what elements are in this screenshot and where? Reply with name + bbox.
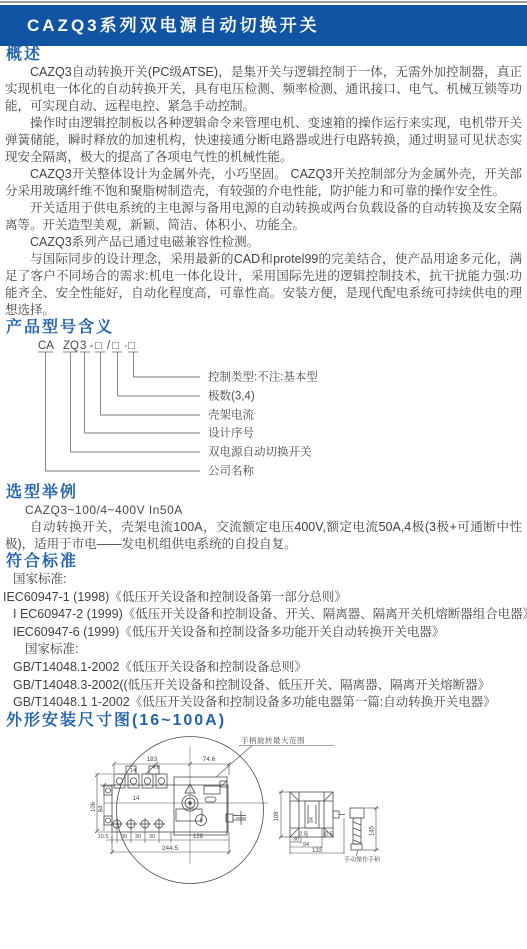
dim-84: 84 bbox=[99, 805, 105, 812]
dimension-drawing: 183 74.6 14 4.6 106 84 14 10.5 30 30 30 … bbox=[0, 730, 527, 906]
indicator-window bbox=[204, 786, 220, 794]
code-box1: □ bbox=[95, 340, 102, 352]
dimension-labels: 183 74.6 14 4.6 106 84 14 10.5 30 30 30 … bbox=[91, 735, 380, 864]
section-selection-title: 选型举例 bbox=[0, 484, 527, 502]
dim-94: 94 bbox=[303, 842, 309, 848]
model-label-frame-current: 壳架电流 bbox=[208, 408, 254, 422]
dim-30c: 30 bbox=[149, 834, 155, 840]
dim-14-mid: 14 bbox=[133, 796, 140, 802]
model-label-design-serial: 设计序号 bbox=[208, 426, 254, 440]
overview-paragraph-5: CAZQ3系列产品已通过电磁兼容性检测。 bbox=[5, 234, 522, 251]
overview-paragraph-6: 与国际同步的设计理念，采用最新的CAD和protel99的完美结合，使产品用途多… bbox=[5, 251, 522, 319]
model-label-poles: 极数(3,4) bbox=[208, 389, 255, 403]
switch-body bbox=[112, 785, 228, 832]
section-dimensions-title: 外形安装尺寸图(16~100A) bbox=[0, 712, 527, 730]
dim-64: 64 bbox=[309, 817, 315, 823]
code-box2: □ bbox=[112, 340, 119, 352]
callout-handle-rotation-range: 手柄旋转最大范围 bbox=[241, 735, 305, 745]
overview-paragraph-2: 操作时由逻辑控制板以各种逻辑命令来管理电机、变速箱的操作运行来实现，电机带开关弹… bbox=[5, 115, 522, 166]
section-standards-title: 符合标准 bbox=[0, 553, 527, 571]
dim-108: 108 bbox=[274, 811, 280, 822]
dim-128: 128 bbox=[193, 834, 204, 840]
mode-symbol-text: Ⅱ bbox=[200, 818, 203, 824]
dim-30b: 30 bbox=[135, 834, 141, 840]
standards-item: 国家标准: bbox=[0, 571, 527, 589]
overview-paragraph-1: CAZQ3自动转换开关(PC级ATSE)，是集开关与逻辑控制于一体，无需外加控制… bbox=[5, 64, 522, 115]
code-design: 3 - bbox=[80, 340, 94, 352]
dim-244-5: 244.5 bbox=[162, 845, 179, 852]
dim-14-top: 14 bbox=[130, 768, 136, 774]
code-slash: / bbox=[107, 340, 111, 352]
standards-list: 国家标准: IEC60947-1 (1998)《低压开关设备和控制设备第一部分总… bbox=[0, 571, 527, 712]
callout-manual-handle: 手动操作手柄 bbox=[344, 855, 380, 863]
overview-paragraph-3: CAZQ3开关整体设计为金属外壳，小巧坚固。 CAZQ3开关控制部分为金属外壳，… bbox=[5, 166, 522, 200]
dim-74-6: 74.6 bbox=[203, 756, 216, 763]
dim-145: 145 bbox=[370, 825, 376, 836]
dim-133: 133 bbox=[312, 848, 323, 854]
standards-item: IEC60947-6 (1999)《低压开关设备和控制设备多功能开关自动转换开关… bbox=[0, 624, 527, 642]
code-type: ZQ bbox=[63, 340, 79, 352]
overview-paragraphs: CAZQ3自动转换开关(PC级ATSE)，是集开关与逻辑控制于一体，无需外加控制… bbox=[5, 64, 522, 319]
model-label-product-name: 双电源自动切换开关 bbox=[208, 445, 312, 459]
model-label-company-name: 公司名称 bbox=[208, 465, 254, 478]
model-code-text: CA ZQ 3 - □ / □ · □ 控制类型:不注:基本型 极数(3,4) … bbox=[38, 340, 318, 478]
selection-model-line: CAZQ3~100/4~400V In50A bbox=[0, 502, 527, 519]
model-code-diagram: CA ZQ 3 - □ / □ · □ 控制类型:不注:基本型 极数(3,4) … bbox=[0, 337, 527, 484]
standards-item: I EC60947-2 (1999)《低压开关设备和控制设备、开关、隔离器、隔离… bbox=[0, 606, 527, 624]
dim-10-5: 10.5 bbox=[98, 834, 109, 840]
standards-item: 国家标准: bbox=[0, 641, 527, 659]
dim-106: 106 bbox=[91, 801, 97, 812]
page-title: CAZQ3系列双电源自动切换开关 bbox=[0, 5, 527, 46]
dim-36: 36 bbox=[293, 836, 299, 842]
section-model-title: 产品型号含义 bbox=[0, 319, 527, 337]
dim-183: 183 bbox=[147, 756, 158, 763]
section-overview-title: 概述 bbox=[0, 46, 527, 64]
selection-description: 自动转换开关，壳架电流100A，交流额定电压400V,额定电流50A,4极(3极… bbox=[5, 519, 522, 553]
dim-2-5b: 2.5 bbox=[326, 831, 333, 837]
code-company: CA bbox=[38, 340, 54, 352]
dim-2-5a: 2.5 bbox=[300, 831, 307, 837]
page-top-border bbox=[0, 1, 527, 3]
code-box3: □ bbox=[128, 340, 135, 352]
title-banner: CAZQ3系列双电源自动切换开关 bbox=[0, 5, 527, 46]
dim-30a: 30 bbox=[121, 834, 127, 840]
document-page: CAZQ3系列双电源自动切换开关 概述 CAZQ3自动转换开关(PC级ATSE)… bbox=[0, 1, 527, 949]
model-label-control-type: 控制类型:不注:基本型 bbox=[208, 370, 318, 384]
standards-item: GB/T14048.3-2002((低压开关设备和控制设备、低压开关、隔离器、隔… bbox=[0, 677, 527, 695]
standards-item: IEC60947-1 (1998)《低压开关设备和控制设备第一部分总则》 bbox=[0, 589, 527, 607]
standards-item: GB/T14048.1-2002《低压开关设备和控制设备总则》 bbox=[0, 659, 527, 677]
dim-4-6: 4.6 bbox=[152, 765, 160, 771]
model-code-lines bbox=[38, 352, 200, 471]
standards-item: GB/T14048.1 1-2002《低压开关设备和控制设备多功能电器第一篇:自… bbox=[0, 694, 527, 712]
overview-paragraph-4: 开关适用于供电系统的主电源与备用电源的自动转换或两台负载设备的自动转换及安全隔离… bbox=[5, 200, 522, 234]
